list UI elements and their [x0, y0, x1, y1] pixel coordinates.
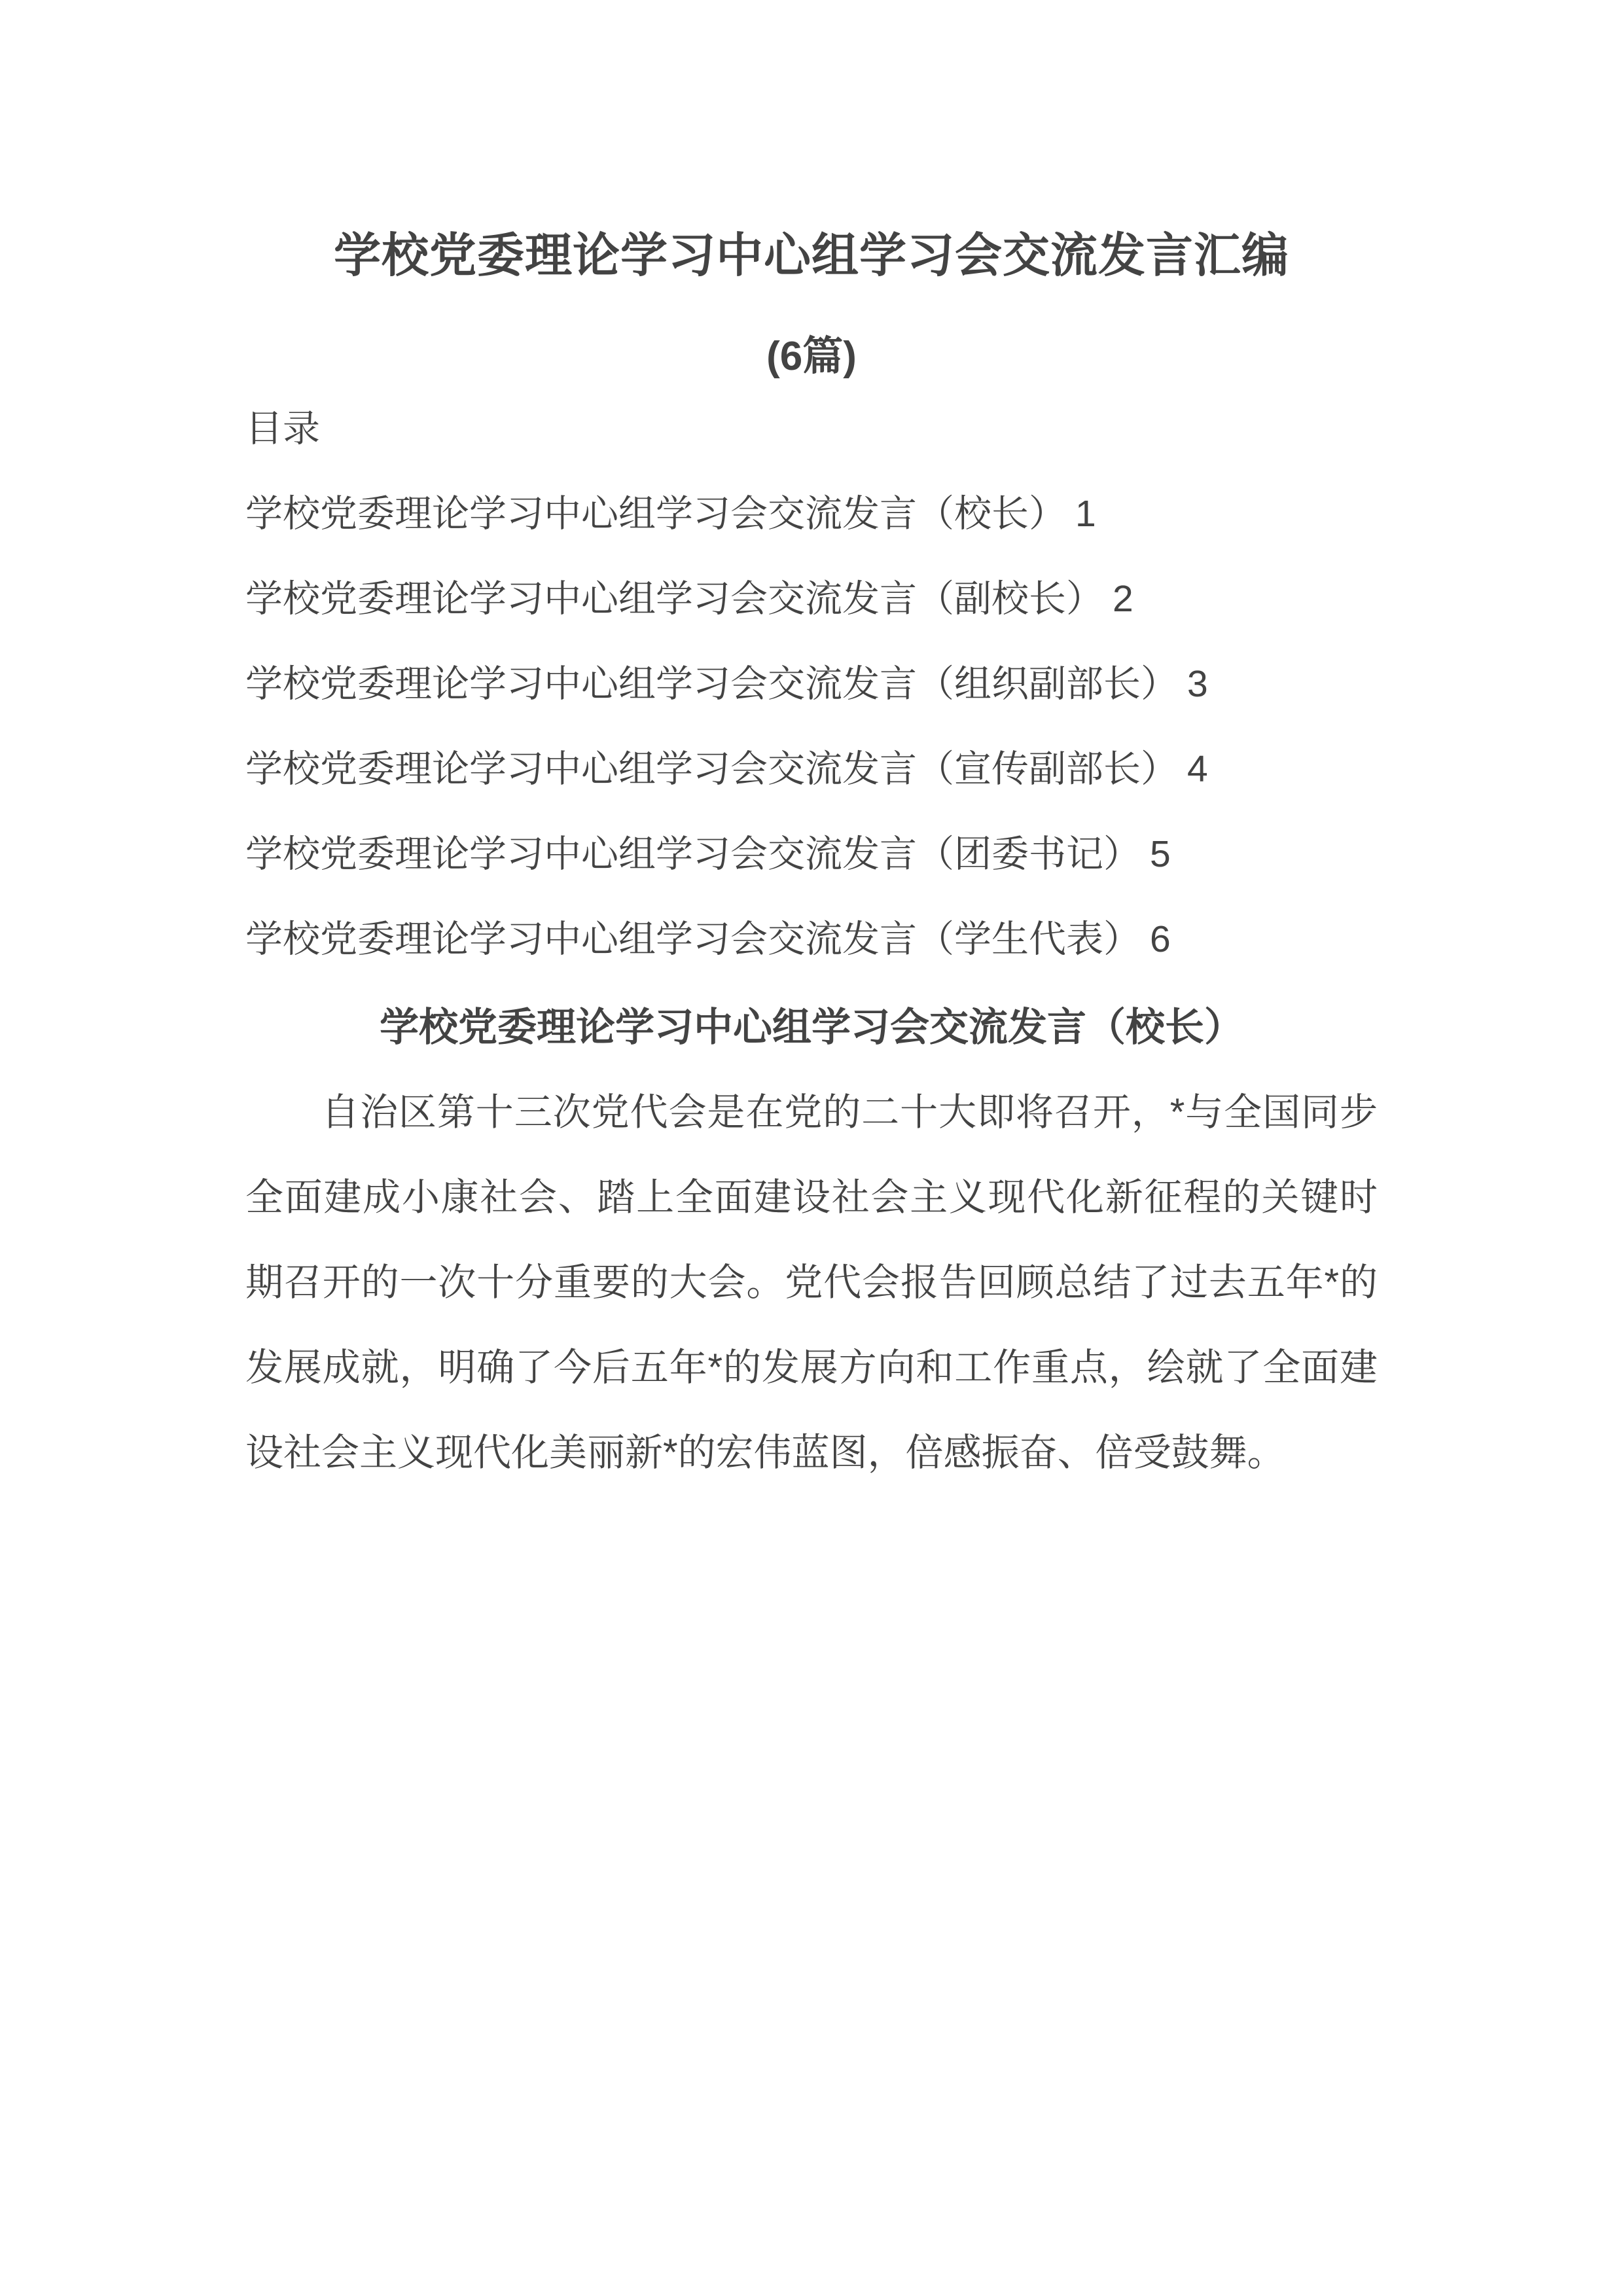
toc-item-page: 3 — [1187, 663, 1208, 705]
toc-list: 学校党委理论学习中心组学习会交流发言（校长）1 学校党委理论学习中心组学习会交流… — [245, 471, 1378, 982]
document-page: 学校党委理论学习中心组学习会交流发言汇编 (6篇) 目录 学校党委理论学习中心组… — [0, 0, 1623, 2296]
toc-item-label: 学校党委理论学习中心组学习会交流发言（校长） — [245, 493, 1066, 535]
toc-item-label: 学校党委理论学习中心组学习会交流发言（副校长） — [245, 578, 1103, 620]
document-title: 学校党委理论学习中心组学习会交流发言汇编 — [245, 226, 1378, 286]
document-subtitle: (6篇) — [245, 327, 1378, 386]
toc-item-page: 6 — [1150, 918, 1171, 960]
toc-item-page: 4 — [1187, 748, 1208, 790]
section-heading: 学校党委理论学习中心组学习会交流发言（校长） — [245, 985, 1378, 1070]
toc-item-label: 学校党委理论学习中心组学习会交流发言（组织副部长） — [245, 663, 1178, 705]
toc-heading: 目录 — [245, 386, 1378, 471]
toc-item-page: 2 — [1113, 578, 1133, 620]
toc-item: 学校党委理论学习中心组学习会交流发言（校长）1 — [245, 471, 1378, 556]
toc-item: 学校党委理论学习中心组学习会交流发言（宣传副部长）4 — [245, 726, 1378, 812]
toc-item: 学校党委理论学习中心组学习会交流发言（团委书记）5 — [245, 812, 1378, 897]
toc-item: 学校党委理论学习中心组学习会交流发言（学生代表）6 — [245, 897, 1378, 982]
toc-item-page: 5 — [1150, 833, 1171, 875]
body-paragraph: 自治区第十三次党代会是在党的二十大即将召开，*与全国同步全面建成小康社会、踏上全… — [245, 1070, 1378, 1496]
toc-item: 学校党委理论学习中心组学习会交流发言（组织副部长）3 — [245, 641, 1378, 726]
toc-item-label: 学校党委理论学习中心组学习会交流发言（宣传副部长） — [245, 748, 1178, 790]
toc-item-label: 学校党委理论学习中心组学习会交流发言（学生代表） — [245, 918, 1141, 960]
toc-item: 学校党委理论学习中心组学习会交流发言（副校长）2 — [245, 556, 1378, 641]
toc-item-page: 1 — [1075, 493, 1096, 535]
toc-item-label: 学校党委理论学习中心组学习会交流发言（团委书记） — [245, 833, 1141, 875]
